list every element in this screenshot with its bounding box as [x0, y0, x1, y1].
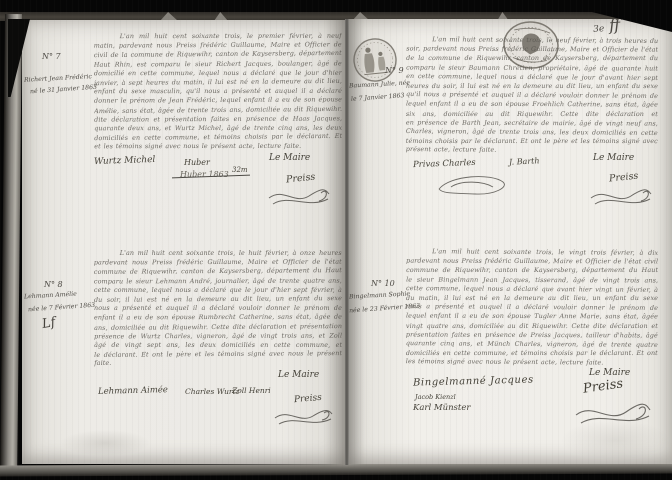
- body-line: lequel enfant il a eu de son épouse Froe…: [406, 100, 658, 110]
- body-line: L'an mil huit cent soixante trois, le hu…: [94, 249, 342, 258]
- witness-signature: J. Barth: [509, 156, 540, 167]
- witness-signature: Lehmann Aimée: [98, 385, 168, 397]
- mayor-signature: Preiss: [286, 171, 316, 185]
- signature-flourish-icon: [571, 399, 655, 429]
- body-line: vingt quatre ans, domiciliée au dit Riqu…: [406, 321, 658, 330]
- left-page: N° 7 Richert Jean Frédéric né le 31 Janv…: [22, 20, 346, 464]
- folio-mark: 3e ff: [592, 15, 619, 36]
- mayor-signature: Preiss: [582, 376, 624, 396]
- gutter-shadow: [324, 20, 346, 464]
- witness-signature: Wurtz Michel: [94, 155, 156, 167]
- margin-paraph: Lf: [41, 315, 57, 332]
- gutter-shadow: [349, 19, 365, 464]
- margin-entry-number: N° 10: [371, 279, 395, 288]
- witness-signature: Jacob Kienzl: [415, 393, 456, 401]
- margin-entry-number: N° 8: [44, 280, 63, 289]
- witness-signature: Karl Münster: [413, 403, 470, 413]
- body-line: Haut Rhin, est comparu le sieur Richert …: [94, 59, 342, 69]
- signature-flourish-icon: [587, 185, 655, 209]
- margin-entry-number: N° 7: [42, 52, 61, 61]
- act-body-text: L'an mil huit cent soixante trois, le vi…: [406, 248, 658, 368]
- margin-entry-number: N° 9: [385, 66, 404, 75]
- witness-signature: Privas Charles: [413, 158, 476, 170]
- body-line: présence de Wurtz Charles, vigneron, âgé…: [94, 331, 342, 341]
- folio-number: 3e: [593, 24, 605, 35]
- body-line: commune de Riquewihr, canton de Kaysersb…: [406, 266, 658, 275]
- register-scan: N° 7 Richert Jean Frédéric né le 31 Janv…: [0, 0, 672, 480]
- body-line: et les témoins signé avec nous le présen…: [94, 142, 342, 152]
- margin-entry-date: née le 7 Février 1863: [28, 302, 95, 314]
- body-line: les témoins signé avec nous le présent a…: [406, 357, 658, 368]
- book-bottom-edge: [0, 463, 672, 477]
- body-line: lequel enfant il a eu de son épouse Tugl…: [406, 312, 658, 322]
- mayor-label: Le Maire: [593, 153, 634, 163]
- margin-entry-date: né le 31 Janvier 1863: [30, 84, 97, 96]
- mayor-label: Le Maire: [589, 368, 630, 378]
- mayor-label: Le Maire: [278, 370, 319, 380]
- body-line: comparu le sieur Lehmann André, journali…: [94, 276, 342, 286]
- mayor-signature: Preiss: [294, 393, 323, 405]
- witness-signature: Huber: [184, 158, 210, 167]
- act-body-text: L'an mil huit cent soixante trois, le pr…: [94, 31, 343, 152]
- signature-flourish-icon: [265, 185, 333, 209]
- body-line: nous a présenté et auquel il a déclaré v…: [94, 304, 342, 313]
- margin-entry-name: Richert Jean Frédéric: [24, 73, 92, 84]
- witness-paraph-icon: [433, 171, 511, 199]
- body-line: faite.: [94, 359, 342, 368]
- right-page: 3e ff N° 9 Baumann Julie, née le 7 Janvi…: [349, 19, 672, 464]
- margin-entry-name: Lehmann Amélie: [24, 291, 77, 301]
- act-body-text: L'an mil huit cent soixante trois, le ne…: [406, 35, 659, 156]
- witness-signature: Bingelmanné Jacques: [413, 374, 534, 388]
- correction-mark: 32m: [232, 166, 248, 174]
- mayor-label: Le Maire: [269, 153, 310, 163]
- mayor-signature: Preiss: [609, 170, 639, 184]
- witness-signature: Zoll Henri: [232, 386, 271, 395]
- act-body-text: L'an mil huit cent soixante trois, le hu…: [94, 249, 342, 369]
